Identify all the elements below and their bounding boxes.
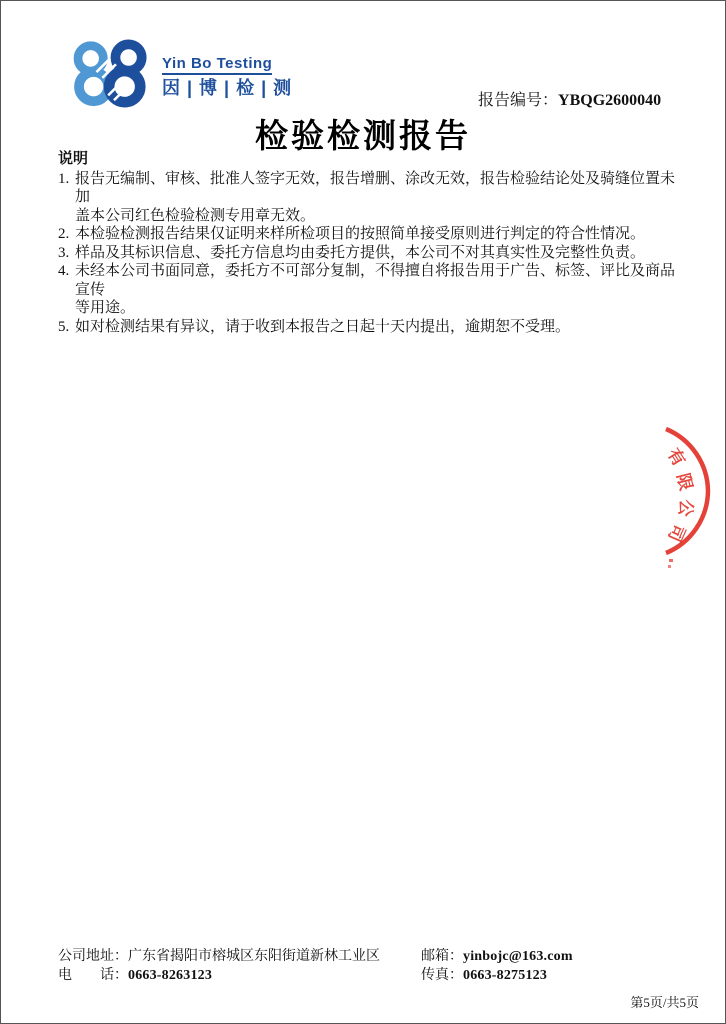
- note-number: 4.: [58, 262, 75, 318]
- note-line: 如对检测结果有异议，请于收到本报告之日起十天内提出，逾期恕不受理。: [75, 318, 683, 337]
- report-page: Yin Bo Testing 因 | 博 | 检 | 测 报告编号：YBQG26…: [0, 0, 726, 1024]
- company-fax-row: 传真：0663-8275123: [421, 966, 573, 985]
- company-address-row: 公司地址：广东省揭阳市榕城区东阳街道新林工业区: [58, 947, 380, 966]
- footer-contact-left: 公司地址：广东省揭阳市榕城区东阳街道新林工业区 电 话：0663-8263123: [58, 947, 380, 985]
- company-email-row: 邮箱：yinbojc@163.com: [421, 947, 573, 966]
- footer-contact-right: 邮箱：yinbojc@163.com 传真：0663-8275123: [421, 947, 573, 985]
- note-line: 样品及其标识信息、委托方信息均由委托方提供，本公司不对其真实性及完整性负责。: [75, 244, 683, 263]
- phone-value: 0663-8263123: [128, 968, 212, 983]
- seal-char: 公: [675, 499, 696, 518]
- note-number: 3.: [58, 244, 75, 263]
- note-item-1: 1. 报告无编制、审核、批准人签字无效，报告增删、涂改无效，报告检验结论处及骑缝…: [58, 170, 683, 226]
- note-line: 盖本公司红色检验检测专用章无效。: [75, 207, 683, 226]
- note-line: 等用途。: [75, 299, 683, 318]
- report-number-label: 报告编号：: [478, 92, 558, 109]
- address-label: 公司地址：: [58, 949, 128, 964]
- yinbo-logo-icon: [67, 39, 161, 109]
- logo-wordmark: Yin Bo Testing 因 | 博 | 检 | 测: [162, 56, 292, 97]
- company-phone-row: 电 话：0663-8263123: [58, 966, 380, 985]
- note-line: 报告无编制、审核、批准人签字无效，报告增删、涂改无效，报告检验结论处及骑缝位置未…: [75, 170, 683, 207]
- notes-heading: 说明: [58, 150, 683, 169]
- page-number: 第5页/共5页: [630, 992, 699, 1011]
- note-item-4: 4. 未经本公司书面同意，委托方不可部分复制，不得擅自将报告用于广告、标签、评比…: [58, 262, 683, 318]
- logo-name-en: Yin Bo Testing: [162, 56, 272, 75]
- note-item-2: 2. 本检验检测报告结果仅证明来样所检项目的按照简单接受原则进行判定的符合性情况…: [58, 225, 683, 244]
- fax-value: 0663-8275123: [463, 968, 547, 983]
- address-value: 广东省揭阳市榕城区东阳街道新林工业区: [128, 949, 380, 964]
- report-number-value: YBQG2600040: [558, 92, 661, 109]
- logo-name-cn: 因 | 博 | 检 | 测: [162, 79, 292, 97]
- fax-label: 传真：: [421, 968, 463, 983]
- company-seal-stamp-icon: 有 限 公 司: [653, 419, 725, 569]
- seal-char: 有: [664, 445, 690, 470]
- note-number: 5.: [58, 318, 75, 337]
- note-line: 本检验检测报告结果仅证明来样所检项目的按照简单接受原则进行判定的符合性情况。: [75, 225, 683, 244]
- report-number: 报告编号：YBQG2600040: [478, 87, 661, 110]
- note-item-3: 3. 样品及其标识信息、委托方信息均由委托方提供，本公司不对其真实性及完整性负责…: [58, 244, 683, 263]
- note-number: 1.: [58, 170, 75, 226]
- note-number: 2.: [58, 225, 75, 244]
- phone-label: 电 话：: [58, 968, 128, 983]
- notes-section: 说明 1. 报告无编制、审核、批准人签字无效，报告增删、涂改无效，报告检验结论处…: [58, 150, 683, 336]
- email-label: 邮箱：: [421, 949, 463, 964]
- seal-char: 限: [673, 471, 696, 492]
- email-value: yinbojc@163.com: [463, 949, 573, 964]
- note-item-5: 5. 如对检测结果有异议，请于收到本报告之日起十天内提出，逾期恕不受理。: [58, 318, 683, 337]
- note-line: 未经本公司书面同意，委托方不可部分复制，不得擅自将报告用于广告、标签、评比及商品…: [75, 262, 683, 299]
